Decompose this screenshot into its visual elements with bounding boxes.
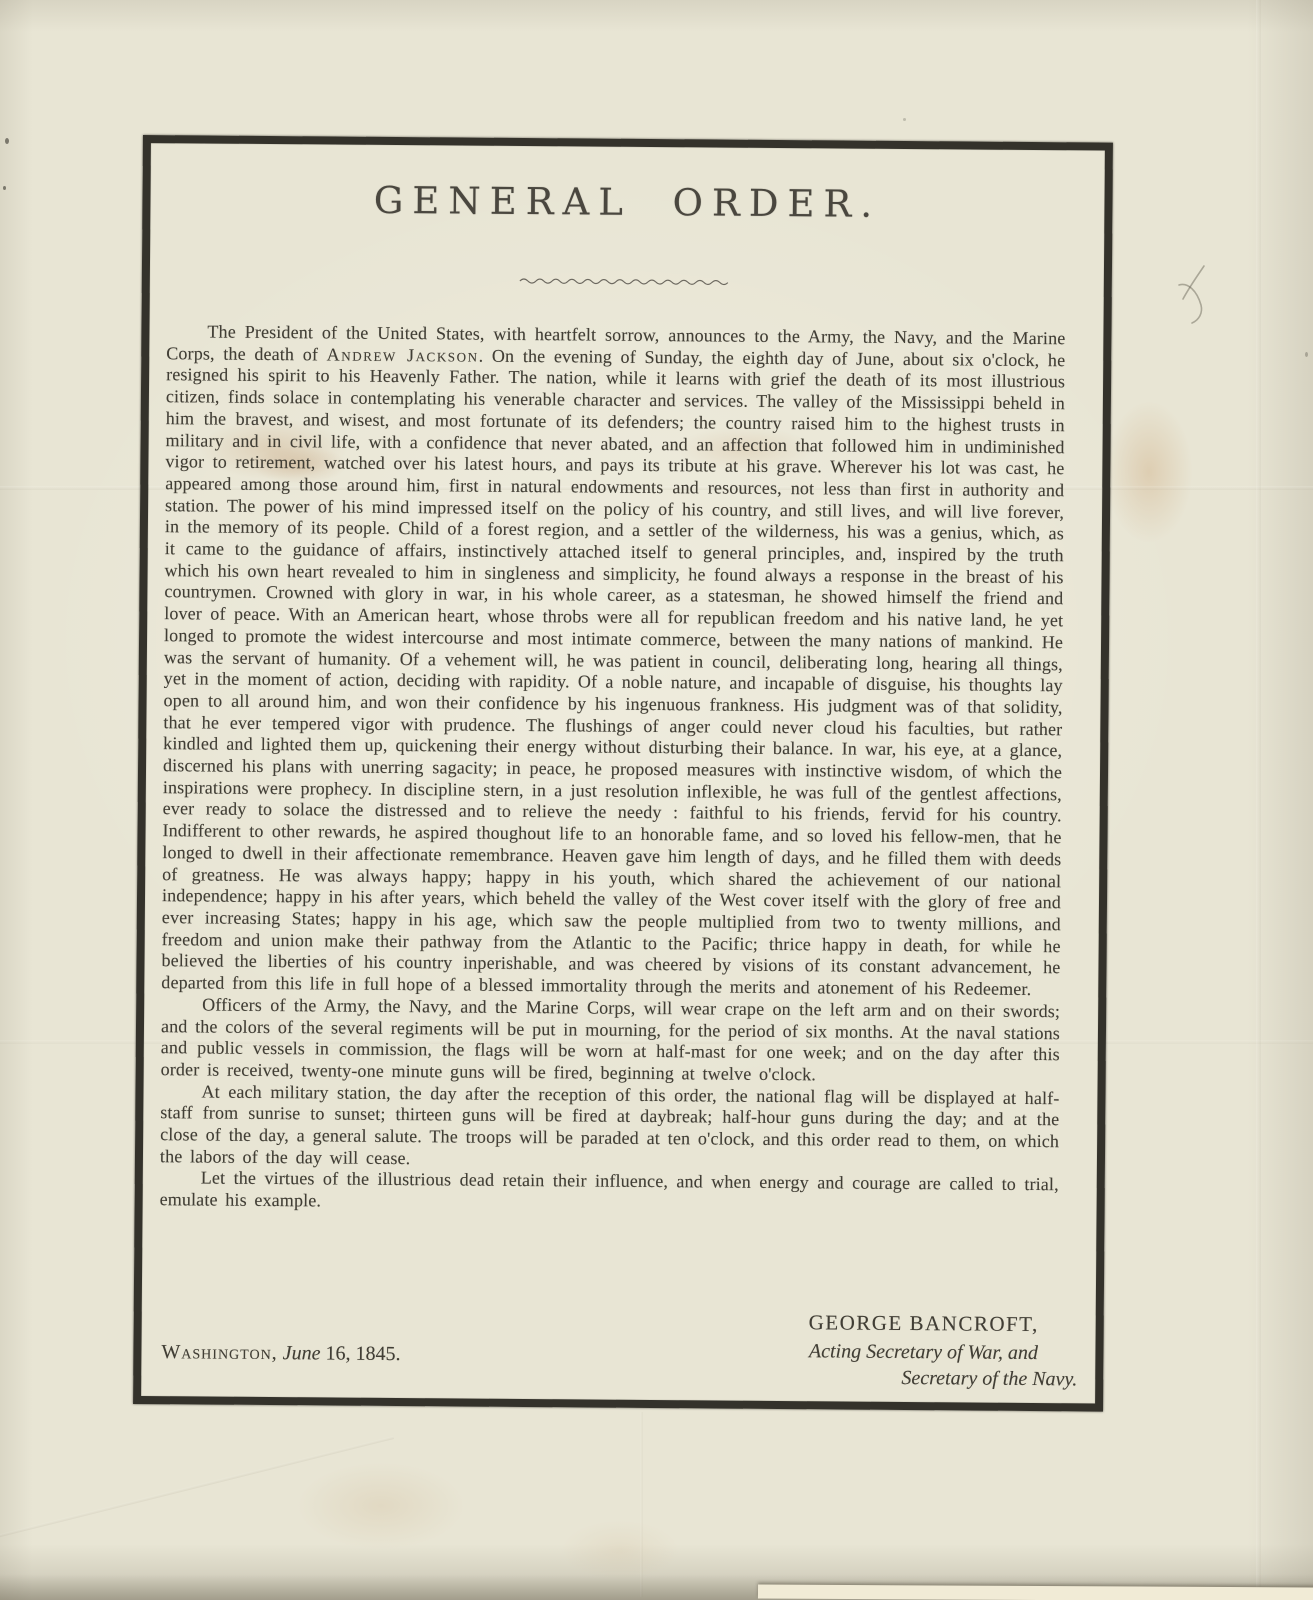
- fold-crease: [640, 1412, 643, 1597]
- ink-speck: [5, 138, 9, 144]
- foxing-stain: [1106, 402, 1192, 542]
- dateline-date: 16, 1845.: [320, 1342, 400, 1365]
- dateline-place: Washington,: [161, 1341, 277, 1364]
- signatory-title-line-2: Secretary of the Navy.: [763, 1366, 1083, 1392]
- page-edge-shadow: [0, 1574, 1313, 1600]
- fold-crease: [0, 1436, 394, 1543]
- paragraph-1-text: . On the evening of Sunday, the eighth d…: [161, 345, 1065, 999]
- order-paragraph-4: Let the virtues of the illustrious dead …: [160, 1168, 1059, 1218]
- pencil-mark-icon: [1168, 260, 1230, 332]
- ink-speck: [1305, 352, 1308, 357]
- order-body: The President of the United States, with…: [160, 321, 1066, 1218]
- ink-speck: [903, 118, 906, 121]
- squiggle-divider-icon: [150, 269, 1104, 294]
- foxing-stain: [560, 1520, 680, 1580]
- dateline: Washington, June 16, 1845.: [161, 1341, 400, 1366]
- ink-speck: [3, 186, 6, 190]
- signatory-title-line-1: Acting Secretary of War, and: [763, 1340, 1083, 1366]
- dateline-month: June: [278, 1342, 321, 1364]
- document-border-frame: GENERAL ORDER. The President of the Unit…: [133, 135, 1113, 1412]
- order-paragraph-3: At each military station, the day after …: [160, 1081, 1060, 1175]
- document-title: GENERAL ORDER.: [150, 177, 1104, 227]
- order-paragraph-2: Officers of the Army, the Navy, and the …: [161, 994, 1061, 1088]
- scanned-document-page: GENERAL ORDER. The President of the Unit…: [0, 0, 1313, 1600]
- order-paragraph-1: The President of the United States, with…: [161, 321, 1065, 1001]
- signatory-name: GEORGE BANCROFT,: [764, 1310, 1084, 1338]
- foxing-stain: [296, 1462, 466, 1550]
- under-sheet-edge: [758, 1585, 1313, 1600]
- andrew-jackson-name: Andrew Jackson: [327, 344, 479, 365]
- fold-crease: [1256, 0, 1261, 1600]
- signature-block: GEORGE BANCROFT, Acting Secretary of War…: [763, 1310, 1084, 1392]
